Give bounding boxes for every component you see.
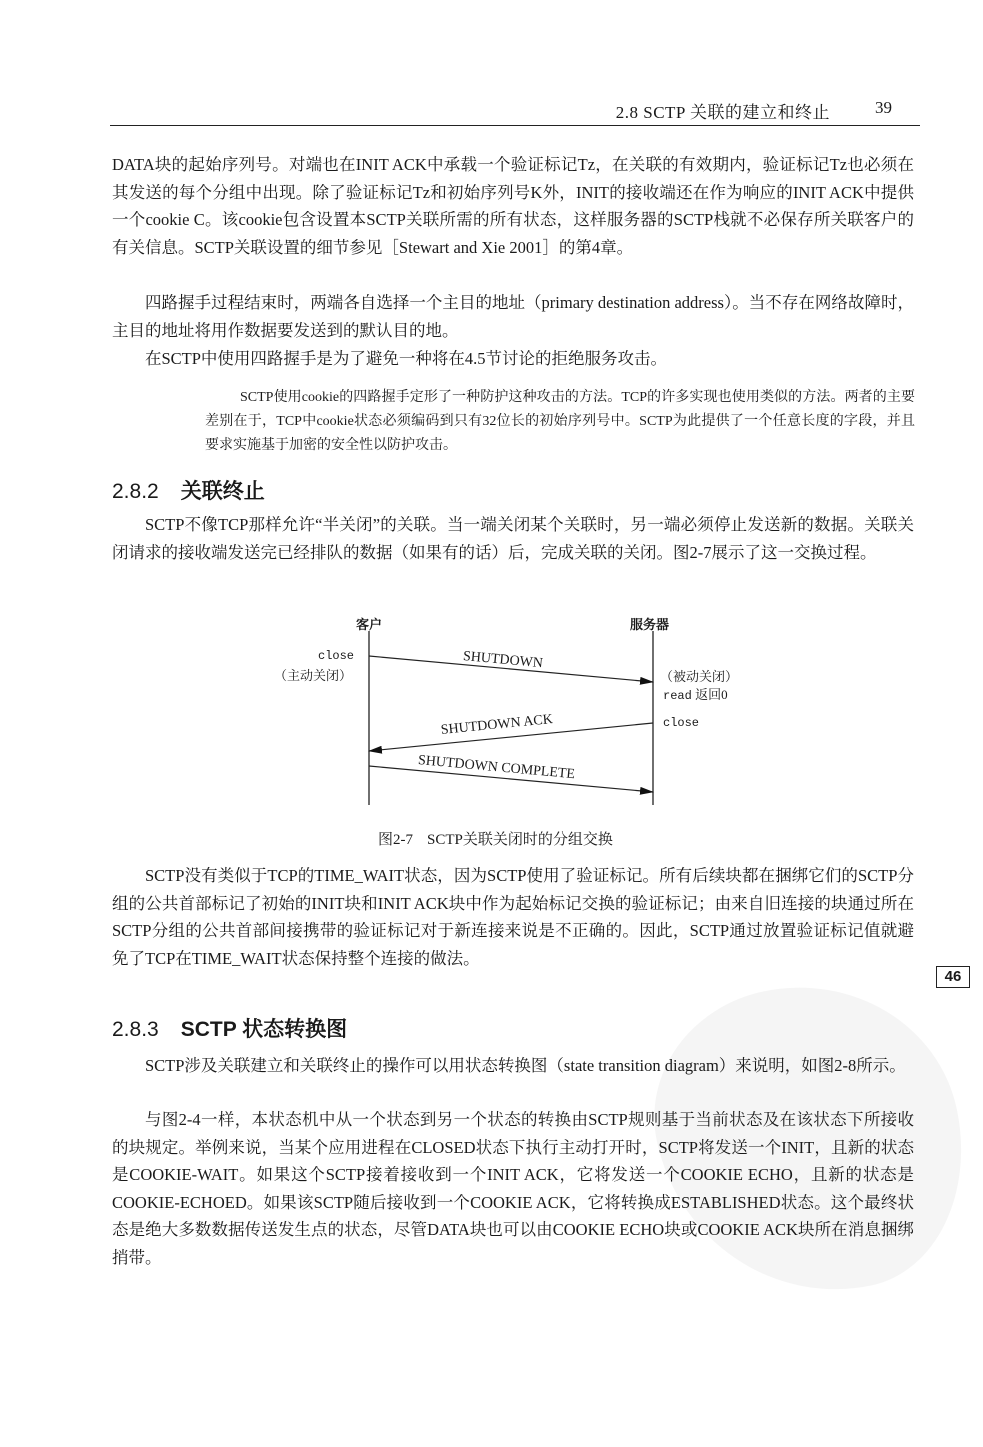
paragraph-time-wait: SCTP没有类似于TCP的TIME_WAIT状态，因为SCTP使用了验证标记。所… [112, 862, 914, 972]
section-title: SCTP 状态转换图 [181, 1018, 347, 1041]
paragraph-shutdown: SCTP不像TCP那样允许“半关闭”的关联。当一端关闭某个关联时，另一端必须停止… [112, 511, 914, 566]
server-passive-close: （被动关闭） [660, 666, 738, 685]
section-heading-2-8-2: 2.8.2关联终止 [112, 475, 265, 505]
original-page-marker: 46 [936, 966, 970, 988]
section-heading-2-8-3: 2.8.3SCTP 状态转换图 [112, 1013, 347, 1043]
client-active-close: （主动关闭） [274, 665, 352, 684]
caption-text: SCTP关联关闭时的分组交换 [427, 832, 613, 848]
server-read-label: read [663, 689, 692, 703]
note-block: SCTP使用cookie的四路握手定形了一种防护这种攻击的方法。TCP的许多实现… [205, 386, 915, 458]
server-label: 服务器 [630, 614, 669, 633]
section-number: 2.8.3 [112, 1018, 159, 1041]
note-text: SCTP使用cookie的四路握手定形了一种防护这种攻击的方法。TCP的许多实现… [205, 386, 915, 458]
figure-2-7: 客户 服务器 close （主动关闭） （被动关闭） read 返回0 clos… [260, 605, 780, 855]
page-header: 2.8 SCTP 关联的建立和终止 39 [110, 96, 920, 126]
header-rule [110, 125, 920, 126]
paragraph-four-way: 在SCTP中使用四路握手是为了避免一种将在4.5节讨论的拒绝服务攻击。 [112, 345, 914, 373]
paragraph-cookie: DATA块的起始序列号。对端也在INIT ACK中承载一个验证标记Tz，在关联的… [112, 151, 914, 261]
server-close-label: close [663, 716, 699, 730]
figure-caption: 图2-7SCTP关联关闭时的分组交换 [378, 828, 613, 849]
paragraph-state-diagram: SCTP涉及关联建立和关联终止的操作可以用状态转换图（state transit… [112, 1052, 914, 1080]
client-label: 客户 [356, 614, 382, 633]
section-number: 2.8.2 [112, 480, 159, 503]
page-number: 39 [875, 98, 892, 118]
running-title: 2.8 SCTP 关联的建立和终止 [616, 98, 830, 123]
section-title: 关联终止 [181, 480, 265, 503]
caption-number: 图2-7 [378, 832, 413, 848]
client-close-label: close [318, 649, 354, 663]
server-read-return: read 返回0 [663, 684, 728, 703]
server-read-return-label: 返回0 [695, 687, 728, 702]
paragraph-primary-address: 四路握手过程结束时，两端各自选择一个主目的地址（primary destinat… [112, 289, 914, 344]
paragraph-state-machine: 与图2-4一样，本状态机中从一个状态到另一个状态的转换由SCTP规则基于当前状态… [112, 1106, 914, 1272]
